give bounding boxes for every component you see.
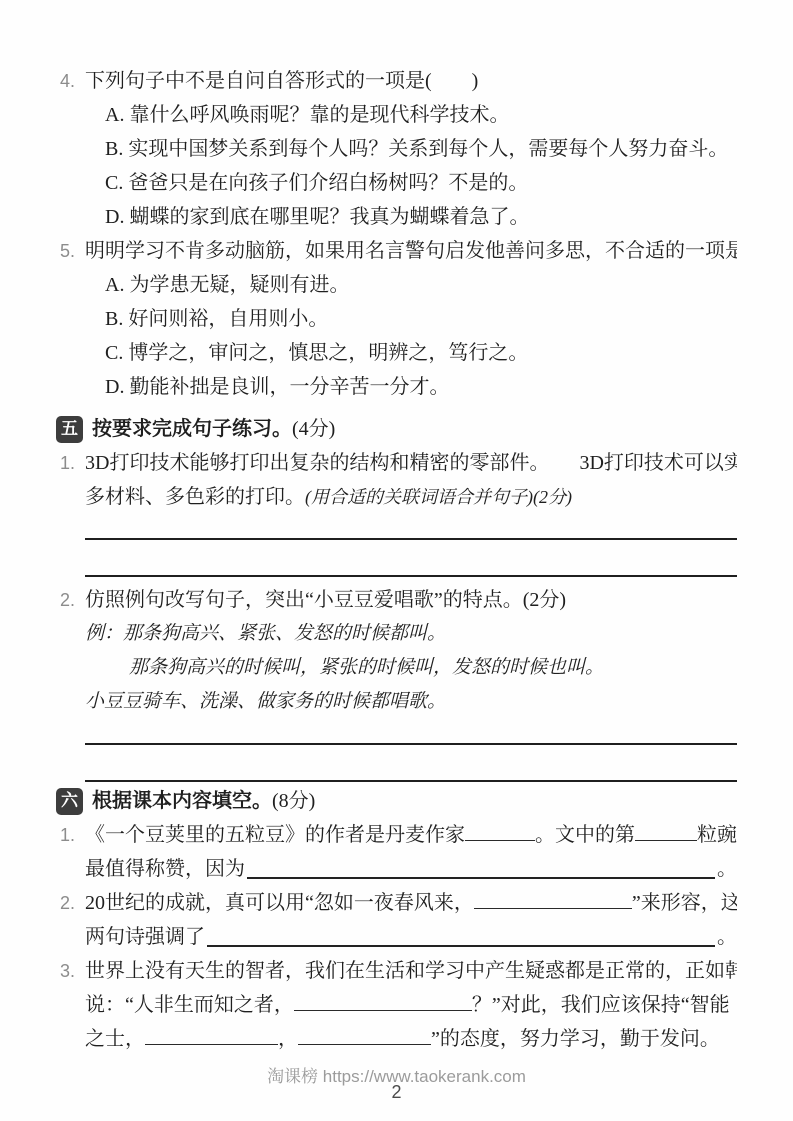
- section-six-q2-seg2: ”来形容，这: [632, 892, 737, 914]
- section-six-q1-number: 1.: [60, 818, 85, 886]
- section-five-q2: 2. 仿照例句改写句子，突出“小豆豆爱唱歌”的特点。(2分) 例：那条狗高兴、紧…: [60, 583, 737, 719]
- question-4-option-a: A. 靠什么呼风唤雨呢？靠的是现代科学技术。: [85, 98, 737, 132]
- question-5-option-b: B. 好问则裕，自用则小。: [85, 302, 737, 336]
- exam-page: 4. 下列句子中不是自问自答形式的一项是( ) A. 靠什么呼风唤雨呢？靠的是现…: [0, 0, 793, 1121]
- section-six-q2-seg1: 20世纪的成就，真可以用“忽如一夜春风来，: [85, 892, 474, 914]
- section-six-q1-seg2: 。文中的第: [535, 824, 635, 846]
- question-4-option-c: C. 爸爸只是在向孩子们介绍白杨树吗？不是的。: [85, 166, 737, 200]
- fill-blank-which-pea[interactable]: [635, 822, 697, 841]
- section-five-q2-example-rewrite: 那条狗高兴的时候叫，紧张的时候叫，发怒的时候也叫。: [85, 651, 737, 685]
- section-six-q3-line2-seg2: ？”对此，我们应该保持“智能: [472, 994, 730, 1016]
- question-5-number: 5.: [60, 234, 85, 404]
- fill-blank-attitude-1[interactable]: [145, 1026, 278, 1045]
- section-six-q3-line3-seg1: 之士，: [85, 1028, 145, 1050]
- question-4-option-d: D. 蝴蝶的家到底在哪里呢？我真为蝴蝶着急了。: [85, 200, 737, 234]
- fill-blank-poem[interactable]: [474, 890, 632, 909]
- question-4-number: 4.: [60, 64, 85, 234]
- section-five-q2-heading: 仿照例句改写句子，突出“小豆豆爱唱歌”的特点。(2分): [85, 583, 737, 617]
- fill-blank-attitude-2[interactable]: [298, 1026, 431, 1045]
- section-six-badge: 六: [56, 788, 83, 815]
- section-five-q1-instruction: (用合适的关联词语合并句子)(2分): [305, 487, 572, 507]
- section-five-q2-sentence: 小豆豆骑车、洗澡、做家务的时候都唱歌。: [85, 685, 737, 719]
- fill-blank-reason[interactable]: [247, 852, 715, 879]
- answer-line[interactable]: [85, 514, 737, 540]
- section-six-q3-line3-seg2: ，: [278, 1028, 298, 1050]
- question-5-text: 明明学习不肯多动脑筋，如果用名言警句启发他善问多思，不合适的一项是( ): [85, 234, 737, 268]
- section-six-score: (8分): [272, 784, 315, 818]
- fill-blank-emphasis[interactable]: [207, 920, 715, 947]
- section-six-q3-line1: 世界上没有天生的智者，我们在生活和学习中产生疑惑都是正常的，正如韩愈所: [85, 954, 737, 988]
- answer-line[interactable]: [85, 719, 737, 745]
- section-five-badge: 五: [56, 416, 83, 443]
- section-five-q1-line1: 3D打印技术能够打印出复杂的结构和精密的零部件。 3D打印技术可以实现: [85, 446, 737, 480]
- question-5-option-a: A. 为学患无疑，疑则有进。: [85, 268, 737, 302]
- section-six-q1-line2: 最值得称赞，因为: [85, 852, 245, 886]
- section-six-q2-number: 2.: [60, 886, 85, 954]
- section-six-q2-line2: 两句诗强调了: [85, 920, 205, 954]
- fill-blank-hanyu-quote[interactable]: [294, 992, 472, 1011]
- section-five-q1: 1. 3D打印技术能够打印出复杂的结构和精密的零部件。 3D打印技术可以实现 多…: [60, 446, 737, 514]
- section-six-q2: 2. 20世纪的成就，真可以用“忽如一夜春风来，”来形容，这 两句诗强调了。: [60, 886, 737, 954]
- section-five-q2-number: 2.: [60, 583, 85, 719]
- question-4-option-b: B. 实现中国梦关系到每个人吗？关系到每个人，需要每个人努力奋斗。: [85, 132, 737, 166]
- question-5-option-c: C. 博学之，审问之，慎思之，明辨之，笃行之。: [85, 336, 737, 370]
- section-six-q1-seg3: 粒豌豆: [697, 824, 737, 846]
- page-number: 2: [0, 1082, 793, 1103]
- section-six-q1-seg1: 《一个豆荚里的五粒豆》的作者是丹麦作家: [85, 824, 465, 846]
- section-six-q3-line3-seg3: ”的态度，努力学习，勤于发问。: [431, 1028, 720, 1050]
- section-five-q1-line2: 多材料、多色彩的打印。: [85, 486, 305, 508]
- answer-line[interactable]: [85, 745, 737, 782]
- section-six-q1-period: 。: [717, 852, 737, 886]
- section-six-q1: 1. 《一个豆荚里的五粒豆》的作者是丹麦作家。文中的第粒豌豆 最值得称赞，因为。: [60, 818, 737, 886]
- section-six-q3-number: 3.: [60, 954, 85, 1056]
- section-six-q3-line2-seg1: 说：“人非生而知之者，: [85, 994, 294, 1016]
- section-five-score: (4分): [292, 412, 335, 446]
- section-five-header: 五 按要求完成句子练习。 (4分): [60, 412, 737, 446]
- section-five-title: 按要求完成句子练习。: [92, 412, 292, 446]
- answer-line[interactable]: [85, 540, 737, 577]
- question-5-option-d: D. 勤能补拙是良训，一分辛苦一分才。: [85, 370, 737, 404]
- question-4-text: 下列句子中不是自问自答形式的一项是( ): [85, 64, 737, 98]
- section-six-q2-period: 。: [717, 920, 737, 954]
- question-4: 4. 下列句子中不是自问自答形式的一项是( ) A. 靠什么呼风唤雨呢？靠的是现…: [60, 64, 737, 234]
- section-six-title: 根据课本内容填空。: [92, 784, 272, 818]
- section-six-header: 六 根据课本内容填空。 (8分): [60, 784, 737, 818]
- section-five-q1-number: 1.: [60, 446, 85, 514]
- question-5: 5. 明明学习不肯多动脑筋，如果用名言警句启发他善问多思，不合适的一项是( ) …: [60, 234, 737, 404]
- section-five-q2-example: 例：那条狗高兴、紧张、发怒的时候都叫。: [85, 617, 737, 651]
- section-six-q3: 3. 世界上没有天生的智者，我们在生活和学习中产生疑惑都是正常的，正如韩愈所 说…: [60, 954, 737, 1056]
- fill-blank-author[interactable]: [465, 822, 535, 841]
